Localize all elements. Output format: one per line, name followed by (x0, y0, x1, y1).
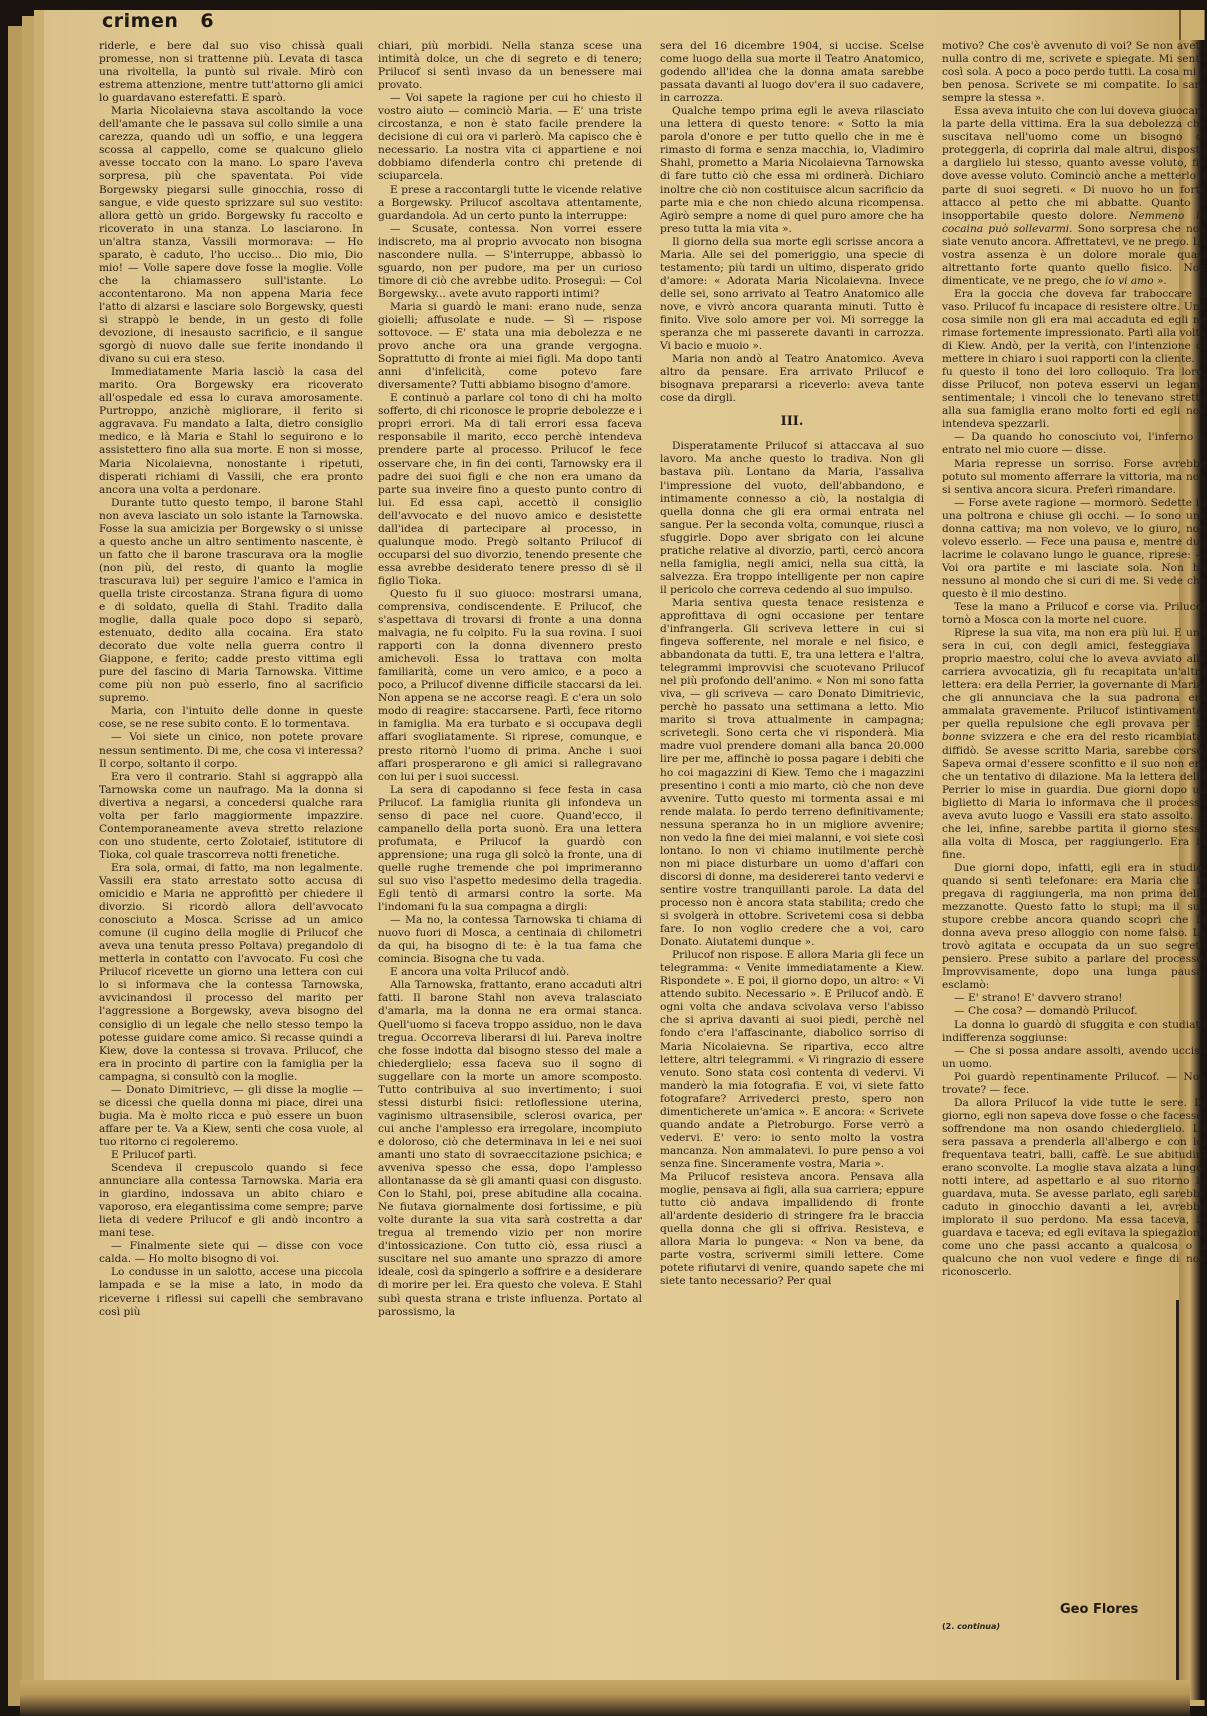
page-number: 6 (200, 10, 214, 32)
page-header: crimen6 (102, 10, 214, 32)
article-paragraph: Ma Prilucof resisteva ancora. Pensava al… (660, 1171, 924, 1288)
article-paragraph: Essa aveva intuito che con lui doveva gi… (942, 105, 1206, 288)
continuation-number: (2. (942, 1622, 954, 1631)
article-paragraph: — E' strano! E' davvero strano! (942, 992, 1206, 1005)
article-paragraph: — Finalmente siete qui — disse con voce … (99, 1240, 363, 1266)
article-paragraph: Da allora Prilucof la vide tutte le sere… (942, 1097, 1206, 1280)
article-paragraph: La sera di capodanno si fece festa in ca… (378, 784, 642, 914)
article-paragraph: Era vero il contrario. Stahl si aggrappò… (99, 771, 363, 862)
article-paragraph: — Donato Dimitrievc, — gli disse la mogl… (99, 1084, 363, 1149)
article-paragraph: sera del 16 dicembre 1904, si uccise. Sc… (660, 40, 924, 105)
article-paragraph: Il giorno della sua morte egli scrisse a… (660, 236, 924, 353)
article-paragraph: Tese la mano a Prilucof e corse via. Pri… (942, 601, 1206, 627)
article-paragraph: La donna lo guardò di sfuggita e con stu… (942, 1019, 1206, 1045)
article-paragraph: — Forse avete ragione — mormorò. Sedette… (942, 497, 1206, 601)
article-column-3: sera del 16 dicembre 1904, si uccise. Sc… (660, 40, 924, 1288)
article-paragraph: Era sola, ormai, di fatto, ma non legalm… (99, 862, 363, 1084)
article-paragraph: E continuò a parlare col tono di chi ha … (378, 392, 642, 588)
article-paragraph: — Che si possa andare assolti, avendo uc… (942, 1045, 1206, 1071)
article-paragraph: chiari, più morbidi. Nella stanza scese … (378, 40, 642, 92)
article-paragraph: Maria si guardò le mani: erano nude, sen… (378, 301, 642, 392)
article-paragraph: Questo fu il suo giuoco: mostrarsi umana… (378, 588, 642, 784)
article-paragraph: Riprese la sua vita, ma non era più lui.… (942, 627, 1206, 862)
article-column-4: motivo? Che cos'è avvenuto di voi? Se no… (942, 40, 1206, 1279)
magazine-title: crimen (102, 10, 178, 32)
page-edge-bottom (20, 1680, 1190, 1716)
article-paragraph: Maria non andò al Teatro Anatomico. Avev… (660, 353, 924, 405)
article-paragraph: — Che cosa? — domandò Prilucof. (942, 1005, 1206, 1018)
article-paragraph: E ancora una volta Prilucof andò. (378, 966, 642, 979)
article-paragraph: Prilucof non rispose. E allora Maria gli… (660, 949, 924, 1171)
article-paragraph: E prese a raccontargli tutte le vicende … (378, 184, 642, 223)
continuation-note: (2. continua) (942, 1622, 1000, 1631)
article-paragraph: Alla Tarnowska, frattanto, erano accadut… (378, 979, 642, 1318)
article-paragraph: riderle, e bere dal suo viso chissà qual… (99, 40, 363, 105)
section-heading: III. (660, 415, 924, 428)
article-paragraph: Maria, con l'intuito delle donne in ques… (99, 705, 363, 731)
column-rule (1176, 1300, 1179, 1680)
continuation-label: continua) (957, 1622, 1000, 1631)
article-paragraph: Maria represse un sorriso. Forse avrebbe… (942, 458, 1206, 497)
article-column-2: chiari, più morbidi. Nella stanza scese … (378, 40, 642, 1319)
article-paragraph: Maria Nicolaievna stava ascoltando la vo… (99, 105, 363, 366)
article-paragraph: Poi guardò repentinamente Prilucof. — No… (942, 1071, 1206, 1097)
article-paragraph: — Voi sapete la ragione per cui ho chies… (378, 92, 642, 183)
article-paragraph: Qualche tempo prima egli le aveva rilasc… (660, 105, 924, 235)
article-paragraph: — Scusate, contessa. Non vorrei essere i… (378, 223, 642, 301)
article-paragraph: Immediatamente Maria lasciò la casa del … (99, 366, 363, 496)
article-paragraph: — Ma no, la contessa Tarnowska ti chiama… (378, 914, 642, 966)
article-paragraph: — Voi siete un cinico, non potete provar… (99, 731, 363, 770)
article-paragraph: Disperatamente Prilucof si attaccava al … (660, 440, 924, 597)
article-paragraph: Lo condusse in un salotto, accese una pi… (99, 1266, 363, 1318)
article-paragraph: E Prilucof partì. (99, 1149, 363, 1162)
author-byline: Geo Flores (1060, 1602, 1138, 1617)
article-paragraph: motivo? Che cos'è avvenuto di voi? Se no… (942, 40, 1206, 105)
article-paragraph: Scendeva il crepuscolo quando si fece an… (99, 1162, 363, 1240)
article-paragraph: Maria sentiva questa tenace resistenza e… (660, 597, 924, 949)
article-paragraph: Durante tutto questo tempo, il barone St… (99, 497, 363, 706)
article-paragraph: — Da quando ho conosciuto voi, l'inferno… (942, 431, 1206, 457)
article-column-1: riderle, e bere dal suo viso chissà qual… (99, 40, 363, 1319)
article-paragraph: Era la goccia che doveva far traboccare … (942, 288, 1206, 432)
article-paragraph: Due giorni dopo, infatti, egli era in st… (942, 862, 1206, 992)
